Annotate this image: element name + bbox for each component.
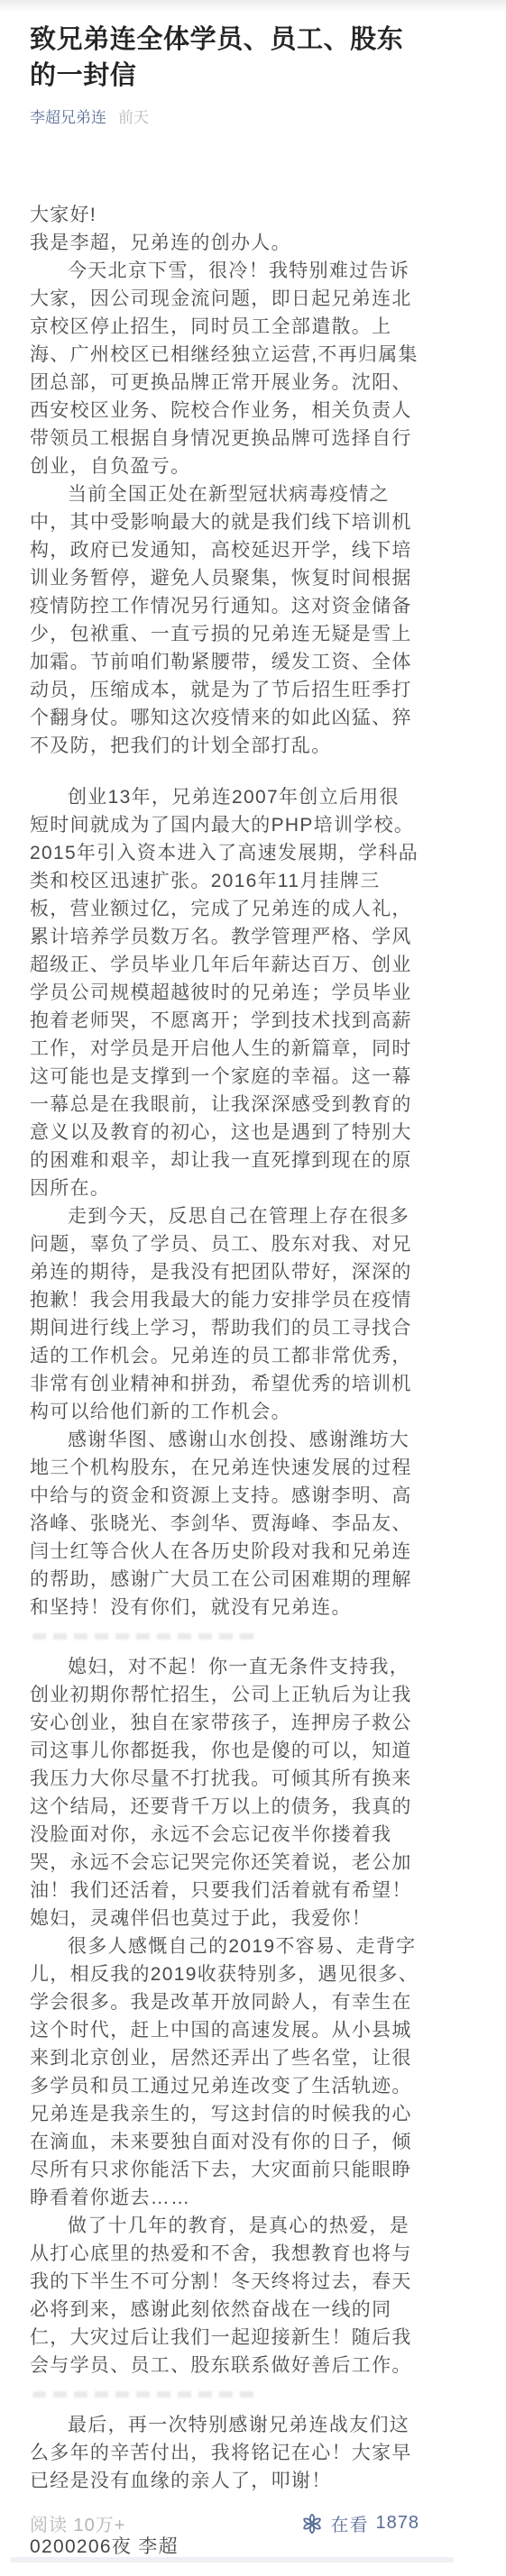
article-body: 大家好!我是李超，兄弟连的创办人。今天北京下雪，很冷！我特别难过告诉大家，因公司… — [30, 201, 419, 2561]
article-paragraph: 创业13年，兄弟连2007年创立后用很短时间就成为了国内最大的PHP培训学校。2… — [30, 783, 419, 1202]
article-footer: 阅读 10万+ 在看 1878 — [30, 2510, 419, 2536]
article-paragraph: 感谢华图、感谢山水创投、感谢潍坊大地三个机构股东，在兄弟连快速发展的过程中给与的… — [30, 1426, 419, 1621]
article-meta: 李超兄弟连前天 — [30, 107, 476, 129]
footer-divider — [10, 2557, 454, 2562]
article-paragraph: 媳妇，对不起！你一直无条件支持我，创业初期你帮忙招生，公司上正轨后为让我安心创业… — [30, 1653, 419, 1932]
stitch-artifact — [32, 2391, 258, 2398]
article-paragraph: 当前全国正处在新型冠状病毒疫情之中，其中受影响最大的就是我们线下培训机构，政府已… — [30, 480, 419, 760]
wechat-article-page: 致兄弟连全体学员、员工、股东的一封信 李超兄弟连前天 大家好!我是李超，兄弟连的… — [0, 0, 506, 2576]
publish-time: 前天 — [118, 109, 149, 126]
article-paragraph: 做了十几年的教育，是真心的热爱，是从打心底里的热爱和不舍，我想教育也将与我的下半… — [30, 2212, 419, 2380]
article-title: 致兄弟连全体学员、员工、股东的一封信 — [30, 22, 423, 94]
wow-button[interactable]: 在看 1878 — [300, 2510, 420, 2536]
article-paragraph: 最后，再一次特别感谢兄弟连战友们这么多年的辛苦付出，我将铭记在心！大家早已经是没… — [30, 2411, 419, 2495]
article-paragraph: 走到今天，反思自己在管理上存在很多问题，辜负了学员、员工、股东对我、对兄弟连的期… — [30, 1202, 419, 1426]
read-count-label: 阅读 10万+ — [30, 2510, 125, 2536]
wow-label: 在看 — [331, 2510, 369, 2536]
article-paragraph: 很多人感慨自己的2019不容易、走背字儿，相反我的2019收获特别多，遇见很多、… — [30, 1932, 419, 2212]
top-gradient — [0, 0, 506, 12]
paragraph-gap — [30, 760, 419, 783]
wow-count: 1878 — [376, 2513, 420, 2534]
wow-flower-icon — [300, 2512, 324, 2535]
article-paragraph: 今天北京下雪，很冷！我特别难过告诉大家，因公司现金流问题，即日起兄弟连北京校区停… — [30, 257, 419, 480]
author-link[interactable]: 李超兄弟连 — [30, 109, 106, 126]
article-paragraph: 我是李超，兄弟连的创办人。 — [30, 229, 419, 257]
article-paragraph: 大家好! — [30, 201, 419, 229]
stitch-artifact — [32, 1633, 258, 1640]
